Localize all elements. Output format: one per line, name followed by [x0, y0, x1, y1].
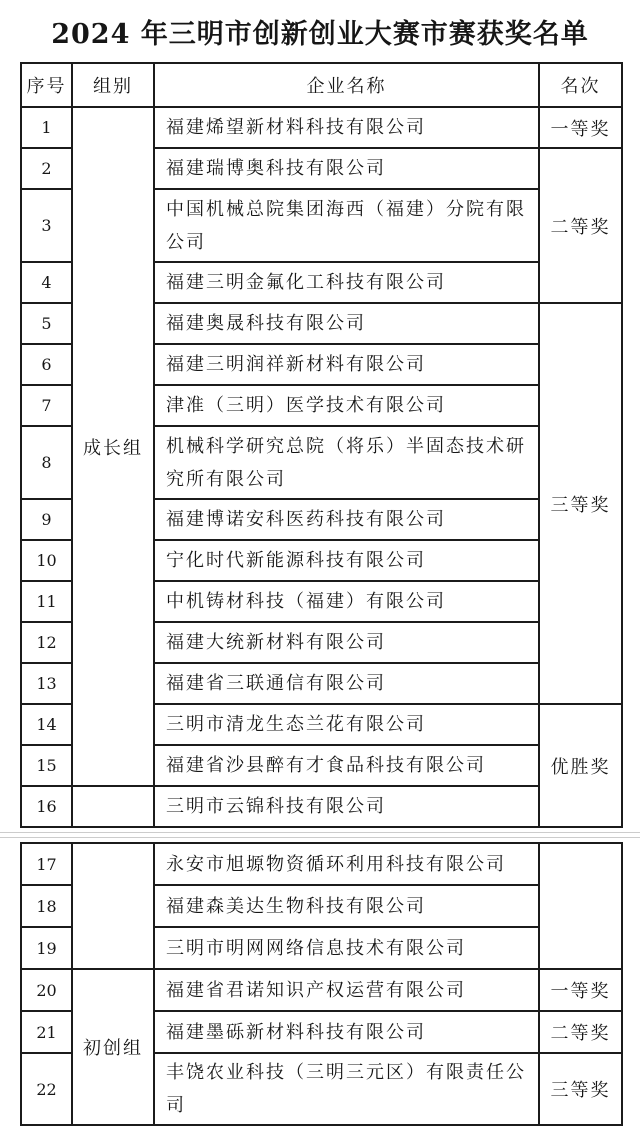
row-number-cell: 3: [21, 189, 72, 262]
company-name-cell: 中国机械总院集团海西（福建）分院有限公司: [154, 189, 539, 262]
row-number-cell: 1: [21, 107, 72, 148]
row-number-cell: 14: [21, 704, 72, 745]
company-name-cell: 宁化时代新能源科技有限公司: [154, 540, 539, 581]
table-row: 1 成长组 福建烯望新材料科技有限公司 一等奖: [21, 107, 622, 148]
company-name-cell: 福建省沙县醉有才食品科技有限公司: [154, 745, 539, 786]
row-number-cell: 21: [21, 1011, 72, 1053]
row-number-cell: 4: [21, 262, 72, 303]
header-group: 组别: [72, 63, 154, 107]
row-number-cell: 11: [21, 581, 72, 622]
table-row: 20 初创组 福建省君诺知识产权运营有限公司 一等奖: [21, 969, 622, 1011]
rank-cell-second: 二等奖: [539, 1011, 622, 1053]
row-number-cell: 8: [21, 426, 72, 499]
page-title: 2024 年三明市创新创业大赛市赛获奖名单: [0, 0, 640, 62]
company-name-cell: 机械科学研究总院（将乐）半固态技术研究所有限公司: [154, 426, 539, 499]
company-name-cell: 丰饶农业科技（三明三元区）有限责任公司: [154, 1053, 539, 1125]
document-page: 2024 年三明市创新创业大赛市赛获奖名单 序号 组别 企业名称 名次 1 成长…: [0, 0, 640, 1134]
table-row: 16 三明市云锦科技有限公司: [21, 786, 622, 827]
row-number-cell: 16: [21, 786, 72, 827]
group-cell-growth: 成长组: [72, 107, 154, 786]
awards-table-page2: 17 永安市旭塬物资循环利用科技有限公司 18 福建森美达生物科技有限公司 19…: [20, 842, 623, 1126]
row-number-cell: 6: [21, 344, 72, 385]
company-name-cell: 福建省三联通信有限公司: [154, 663, 539, 704]
row-number-cell: 18: [21, 885, 72, 927]
company-name-cell: 福建瑞博奥科技有限公司: [154, 148, 539, 189]
row-number-cell: 20: [21, 969, 72, 1011]
rank-cell-winner: 优胜奖: [539, 704, 622, 827]
company-name-cell: 福建三明金氟化工科技有限公司: [154, 262, 539, 303]
company-name-cell: 三明市明网网络信息技术有限公司: [154, 927, 539, 969]
row-number-cell: 17: [21, 843, 72, 885]
rank-cell-second: 二等奖: [539, 148, 622, 303]
company-name-cell: 三明市清龙生态兰花有限公司: [154, 704, 539, 745]
group-cell-growth-bottom: [72, 786, 154, 827]
row-number-cell: 22: [21, 1053, 72, 1125]
company-name-cell: 福建森美达生物科技有限公司: [154, 885, 539, 927]
page-break: [0, 828, 640, 842]
company-name-cell: 津准（三明）医学技术有限公司: [154, 385, 539, 426]
company-name-cell: 中机铸材科技（福建）有限公司: [154, 581, 539, 622]
rank-cell-first: 一等奖: [539, 107, 622, 148]
row-number-cell: 10: [21, 540, 72, 581]
table-row: 17 永安市旭塬物资循环利用科技有限公司: [21, 843, 622, 885]
row-number-cell: 9: [21, 499, 72, 540]
row-number-cell: 19: [21, 927, 72, 969]
header-row: 序号 组别 企业名称 名次: [21, 63, 622, 107]
row-number-cell: 2: [21, 148, 72, 189]
company-name-cell: 福建大统新材料有限公司: [154, 622, 539, 663]
group-cell-startup: 初创组: [72, 969, 154, 1125]
row-number-cell: 5: [21, 303, 72, 344]
rank-cell-third: 三等奖: [539, 1053, 622, 1125]
company-name-cell: 永安市旭塬物资循环利用科技有限公司: [154, 843, 539, 885]
awards-table-page1: 序号 组别 企业名称 名次 1 成长组 福建烯望新材料科技有限公司 一等奖 2 …: [20, 62, 623, 828]
rank-cell-first: 一等奖: [539, 969, 622, 1011]
group-cell-continued: [72, 843, 154, 969]
rank-cell-third: 三等奖: [539, 303, 622, 704]
company-name-cell: 三明市云锦科技有限公司: [154, 786, 539, 827]
page-edge-line: [0, 832, 640, 833]
company-name-cell: 福建墨砾新材料科技有限公司: [154, 1011, 539, 1053]
header-no: 序号: [21, 63, 72, 107]
company-name-cell: 福建烯望新材料科技有限公司: [154, 107, 539, 148]
row-number-cell: 13: [21, 663, 72, 704]
row-number-cell: 7: [21, 385, 72, 426]
row-number-cell: 15: [21, 745, 72, 786]
company-name-cell: 福建博诺安科医药科技有限公司: [154, 499, 539, 540]
row-number-cell: 12: [21, 622, 72, 663]
page-edge-line: [0, 837, 640, 838]
company-name-cell: 福建省君诺知识产权运营有限公司: [154, 969, 539, 1011]
company-name-cell: 福建奥晟科技有限公司: [154, 303, 539, 344]
header-rank: 名次: [539, 63, 622, 107]
company-name-cell: 福建三明润祥新材料有限公司: [154, 344, 539, 385]
header-company: 企业名称: [154, 63, 539, 107]
rank-cell-continued: [539, 843, 622, 969]
